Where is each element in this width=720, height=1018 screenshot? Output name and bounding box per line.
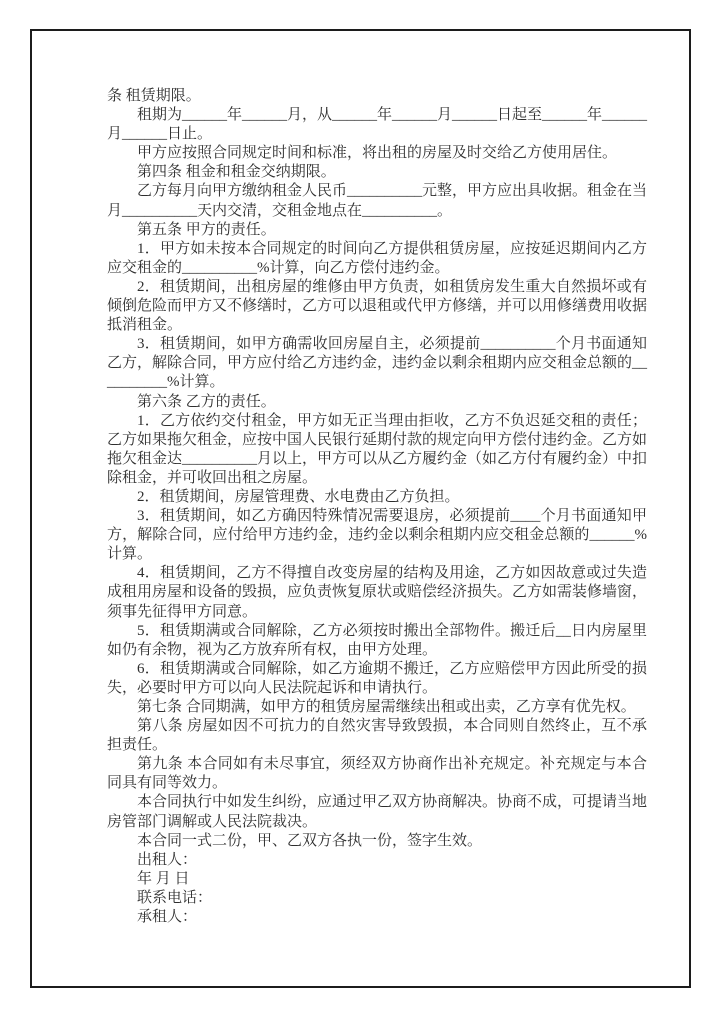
contract-paragraph: 2．租赁期间，房屋管理费、水电费由乙方负担。 <box>107 488 647 507</box>
contract-paragraph: 联系电话： <box>107 889 647 908</box>
contract-paragraph: 第六条 乙方的责任。 <box>107 393 647 412</box>
contract-paragraph: 第四条 租金和租金交纳期限。 <box>107 163 647 182</box>
contract-paragraph: 第五条 甲方的责任。 <box>107 221 647 240</box>
contract-body: 条 租赁期限。租期为______年______月，从______年______月… <box>107 87 647 927</box>
contract-paragraph: 第七条 合同期满，如甲方的租赁房屋需继续出租或出卖，乙方享有优先权。 <box>107 698 647 717</box>
contract-paragraph: 出租人： <box>107 851 647 870</box>
contract-paragraph: 2．租赁期间，出租房屋的维修由甲方负责，如租赁房发生重大自然损坏或有倾倒危险而甲… <box>107 278 647 335</box>
contract-paragraph: 乙方每月向甲方缴纳租金人民币__________元整，甲方应出具收据。租金在当月… <box>107 182 647 220</box>
contract-paragraph: 甲方应按照合同规定时间和标准，将出租的房屋及时交给乙方使用居住。 <box>107 144 647 163</box>
contract-paragraph: 本合同一式二份，甲、乙双方各执一份，签字生效。 <box>107 832 647 851</box>
contract-paragraph: 3．租赁期间，如乙方确因特殊情况需要退房，必须提前____个月书面通知甲方，解除… <box>107 507 647 564</box>
contract-paragraph: 6．租赁期满或合同解除，如乙方逾期不搬迁，乙方应赔偿甲方因此所受的损失，必要时甲… <box>107 660 647 698</box>
contract-paragraph: 4．租赁期间，乙方不得擅自改变房屋的结构及用途，乙方如因故意或过失造成租用房屋和… <box>107 564 647 621</box>
contract-paragraph: 第八条 房屋如因不可抗力的自然灾害导致毁损，本合同则自然终止，互不承担责任。 <box>107 717 647 755</box>
contract-paragraph: 条 租赁期限。 <box>107 87 647 106</box>
contract-paragraph: 承租人： <box>107 908 647 927</box>
contract-paragraph: 本合同执行中如发生纠纷，应通过甲乙双方协商解决。协商不成，可提请当地房管部门调解… <box>107 793 647 831</box>
contract-paragraph: 3．租赁期间，如甲方确需收回房屋自主，必须提前__________个月书面通知乙… <box>107 335 647 392</box>
contract-paragraph: 1．乙方依约交付租金，甲方如无正当理由拒收，乙方不负迟延交租的责任；乙方如果拖欠… <box>107 412 647 488</box>
contract-paragraph: 5．租赁期满或合同解除，乙方必须按时搬出全部物件。搬迁后__日内房屋里如仍有余物… <box>107 622 647 660</box>
contract-paragraph: 第九条 本合同如有未尽事宜，须经双方协商作出补充规定。补充规定与本合同具有同等效… <box>107 755 647 793</box>
contract-page: 条 租赁期限。租期为______年______月，从______年______月… <box>30 29 691 988</box>
contract-paragraph: 年 月 日 <box>107 870 647 889</box>
contract-paragraph: 1．甲方如未按本合同规定的时间向乙方提供租赁房屋，应按延迟期间内乙方应交租金的_… <box>107 240 647 278</box>
contract-paragraph: 租期为______年______月，从______年______月______日… <box>107 106 647 144</box>
